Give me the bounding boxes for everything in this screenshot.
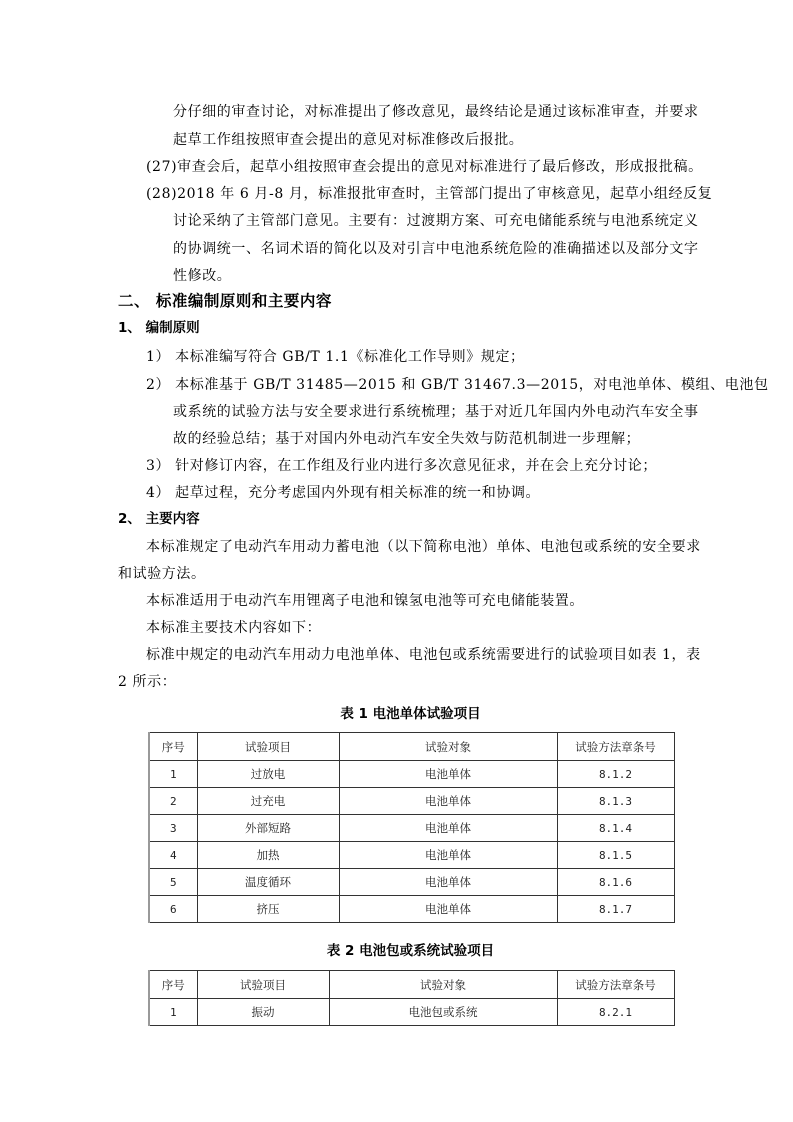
table-1-battery-cell-tests: 序号 试验项目 试验对象 试验方法章条号 1 过放电 电池单体 8.1.2 2 … xyxy=(148,732,675,923)
cell-method-clause: 8.1.6 xyxy=(557,869,674,896)
col-header-index: 序号 xyxy=(149,971,197,999)
cell-method-clause: 8.1.5 xyxy=(557,842,674,869)
principle-2-line-3: 故的经验总结；基于对国内外电动汽车安全失效与防范机制进一步理解； xyxy=(173,430,640,448)
col-header-method-clause: 试验方法章条号 xyxy=(557,733,674,761)
para28-line-4: 性修改。 xyxy=(173,267,231,285)
cell-method-clause: 8.2.1 xyxy=(557,999,674,1026)
cell-index: 4 xyxy=(149,842,197,869)
table-2-header-row: 序号 试验项目 试验对象 试验方法章条号 xyxy=(149,971,674,999)
cell-test-item: 过放电 xyxy=(197,761,339,788)
table-2-caption: 表 2 电池包或系统试验项目 xyxy=(148,942,673,960)
cell-test-item: 加热 xyxy=(197,842,339,869)
cell-method-clause: 8.1.2 xyxy=(557,761,674,788)
table-row: 2 过充电 电池单体 8.1.3 xyxy=(149,788,674,815)
table-row: 4 加热 电池单体 8.1.5 xyxy=(149,842,674,869)
table-row: 1 振动 电池包或系统 8.2.1 xyxy=(149,999,674,1026)
principle-3: 3） 针对修订内容，在工作组及行业内进行多次意见征求，并在会上充分讨论； xyxy=(146,457,657,475)
col-header-index: 序号 xyxy=(149,733,197,761)
content-para-2: 本标准适用于电动汽车用锂离子电池和镍氢电池等可充电储能装置。 xyxy=(146,592,584,610)
principle-2-line-2: 或系统的试验方法与安全要求进行系统梳理；基于对近几年国内外电动汽车安全事 xyxy=(173,403,699,421)
cell-test-item: 过充电 xyxy=(197,788,339,815)
cell-index: 1 xyxy=(149,761,197,788)
table-1-header-row: 序号 试验项目 试验对象 试验方法章条号 xyxy=(149,733,674,761)
subsection-heading-principles: 1、 编制原则 xyxy=(118,319,200,337)
col-header-test-item: 试验项目 xyxy=(197,733,339,761)
table-row: 6 挤压 电池单体 8.1.7 xyxy=(149,896,674,923)
cell-method-clause: 8.1.7 xyxy=(557,896,674,923)
content-para-4-line-1: 标准中规定的电动汽车用动力电池单体、电池包或系统需要进行的试验项目如表 1，表 xyxy=(146,646,701,664)
cell-index: 5 xyxy=(149,869,197,896)
para28-line-2: 讨论采纳了主管部门意见。主要有：过渡期方案、可充电储能系统与电池系统定义 xyxy=(173,212,699,230)
table-2-pack-system-tests: 序号 试验项目 试验对象 试验方法章条号 1 振动 电池包或系统 8.2.1 xyxy=(148,970,675,1026)
para26-line-1: 分仔细的审查讨论，对标准提出了修改意见，最终结论是通过该标准审查，并要求 xyxy=(173,103,699,121)
col-header-test-object: 试验对象 xyxy=(339,733,557,761)
principle-1: 1） 本标准编写符合 GB/T 1.1《标准化工作导则》规定； xyxy=(146,348,525,366)
cell-test-object: 电池单体 xyxy=(339,761,557,788)
cell-test-item: 振动 xyxy=(197,999,329,1026)
cell-test-object: 电池包或系统 xyxy=(329,999,557,1026)
table-row: 3 外部短路 电池单体 8.1.4 xyxy=(149,815,674,842)
para27: (27)审查会后，起草小组按照审查会提出的意见对标准进行了最后修改，形成报批稿。 xyxy=(146,158,703,176)
para26-line-2: 起草工作组按照审查会提出的意见对标准修改后报批。 xyxy=(173,131,523,149)
table-1-caption: 表 1 电池单体试验项目 xyxy=(148,705,673,723)
principle-2-line-1: 2） 本标准基于 GB/T 31485—2015 和 GB/T 31467.3—… xyxy=(146,376,769,394)
table-row: 5 温度循环 电池单体 8.1.6 xyxy=(149,869,674,896)
content-para-1-line-1: 本标准规定了电动汽车用动力蓄电池（以下简称电池）单体、电池包或系统的安全要求 xyxy=(146,538,701,556)
cell-test-object: 电池单体 xyxy=(339,788,557,815)
cell-method-clause: 8.1.4 xyxy=(557,815,674,842)
para28-line-3: 的协调统一、名词术语的简化以及对引言中电池系统危险的准确描述以及部分文字 xyxy=(173,240,699,258)
table-row: 1 过放电 电池单体 8.1.2 xyxy=(149,761,674,788)
content-para-3: 本标准主要技术内容如下： xyxy=(146,619,321,637)
cell-index: 1 xyxy=(149,999,197,1026)
col-header-method-clause: 试验方法章条号 xyxy=(557,971,674,999)
cell-test-item: 外部短路 xyxy=(197,815,339,842)
col-header-test-object: 试验对象 xyxy=(329,971,557,999)
cell-test-object: 电池单体 xyxy=(339,842,557,869)
cell-test-object: 电池单体 xyxy=(339,896,557,923)
cell-test-item: 挤压 xyxy=(197,896,339,923)
section-heading-principles-and-content: 二、 标准编制原则和主要内容 xyxy=(118,291,332,311)
cell-index: 6 xyxy=(149,896,197,923)
principle-4: 4） 起草过程，充分考虑国内外现有相关标准的统一和协调。 xyxy=(146,484,540,502)
col-header-test-item: 试验项目 xyxy=(197,971,329,999)
cell-method-clause: 8.1.3 xyxy=(557,788,674,815)
para28-line-1: (28)2018 年 6 月-8 月，标准报批审查时，主管部门提出了审核意见，起… xyxy=(146,185,712,203)
content-para-4-line-2: 2 所示： xyxy=(118,673,176,691)
cell-index: 3 xyxy=(149,815,197,842)
cell-test-item: 温度循环 xyxy=(197,869,339,896)
cell-test-object: 电池单体 xyxy=(339,869,557,896)
content-para-1-line-2: 和试验方法。 xyxy=(118,565,206,583)
cell-test-object: 电池单体 xyxy=(339,815,557,842)
cell-index: 2 xyxy=(149,788,197,815)
subsection-heading-main-content: 2、 主要内容 xyxy=(118,510,200,528)
